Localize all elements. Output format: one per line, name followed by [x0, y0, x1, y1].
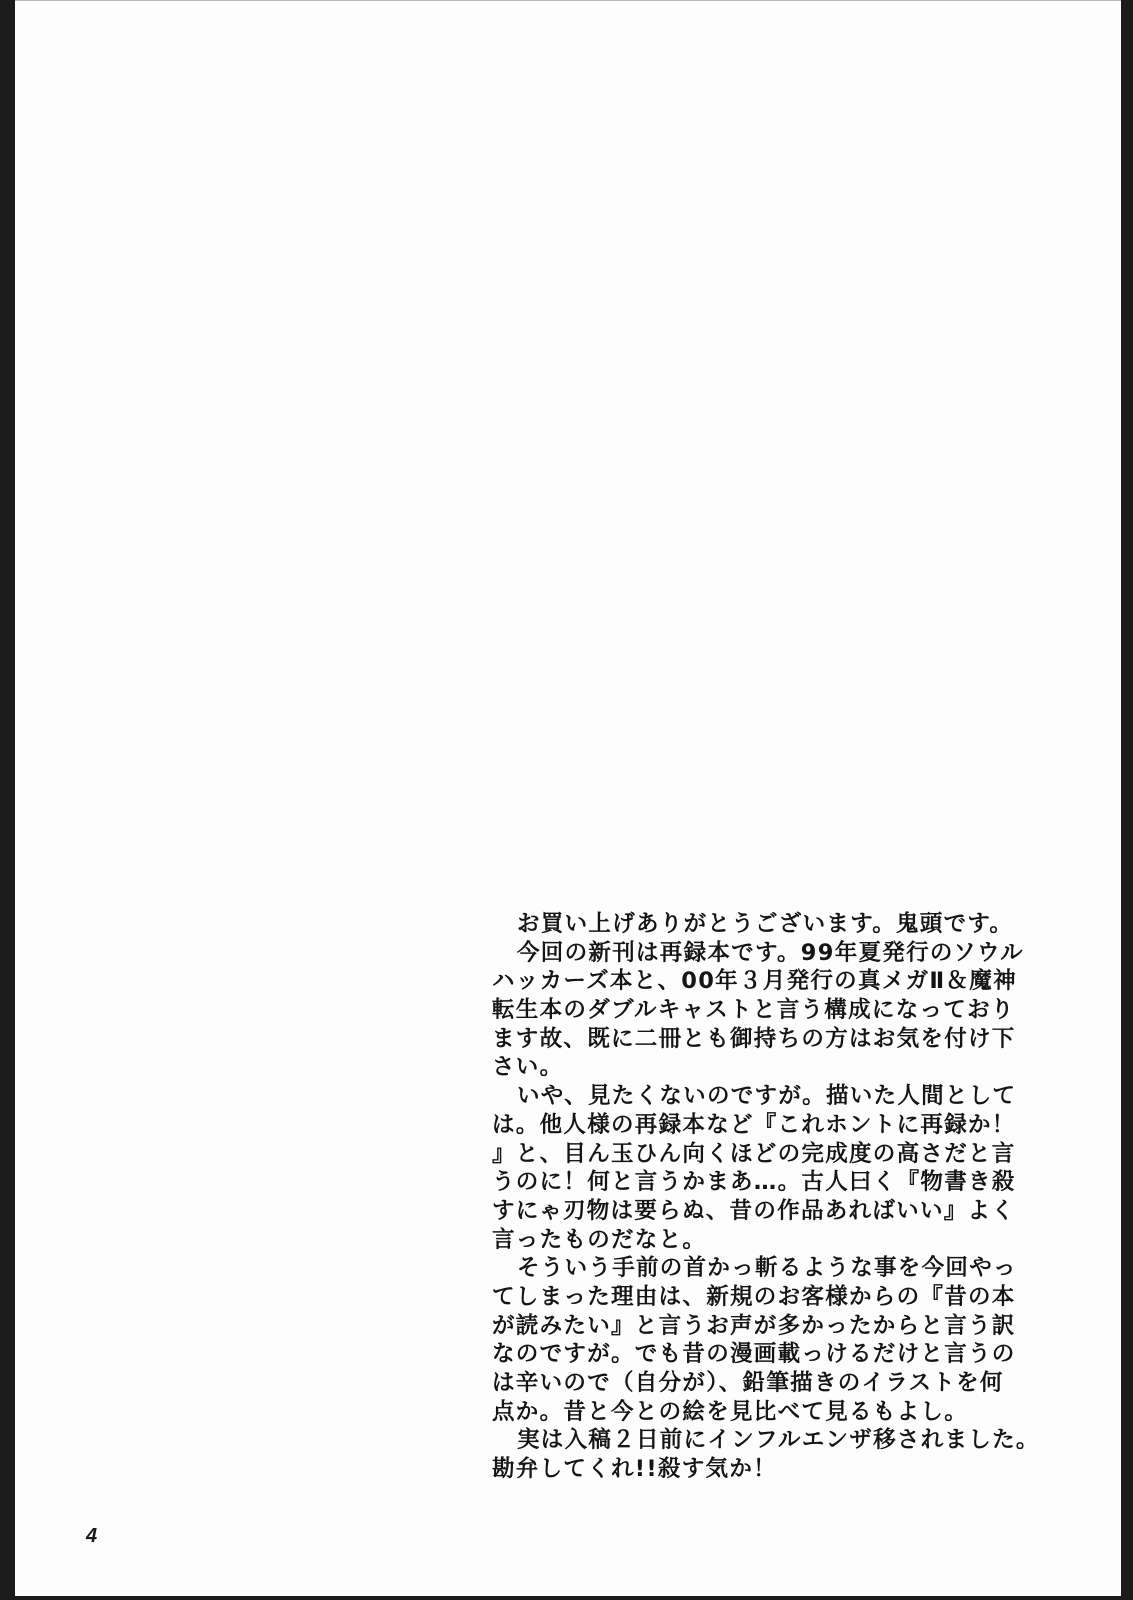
text-line: お買い上げありがとうございます。鬼頭です。 — [492, 910, 1012, 939]
text-line: が読みたい』と言うお声が多かったからと言う訳 — [492, 1312, 1012, 1341]
text-line: ハッカーズ本と、00年３月発行の真メガⅡ＆魔神 — [492, 967, 1012, 996]
text-line: そういう手前の首かっ斬るような事を今回やっ — [492, 1254, 1012, 1283]
text-line: 勘弁してくれ!!殺す気か！ — [492, 1455, 1012, 1484]
afterword-text-block: お買い上げありがとうございます。鬼頭です。 今回の新刊は再録本です。99年夏発行… — [492, 910, 1012, 1484]
text-line: なのですが。でも昔の漫画載っけるだけと言うの — [492, 1340, 1012, 1369]
page-number: 4 — [86, 1525, 97, 1548]
text-line: さい。 — [492, 1053, 1012, 1082]
text-line: ます故、既に二冊とも御持ちの方はお気を付け下 — [492, 1025, 1012, 1054]
text-line: は。他人様の再録本など『これホントに再録か！ — [492, 1111, 1012, 1140]
text-line: 点か。昔と今との絵を見比べて見るもよし。 — [492, 1398, 1012, 1427]
text-line: てしまった理由は、新規のお客様からの『昔の本 — [492, 1283, 1012, 1312]
text-line: 転生本のダブルキャストと言う構成になっており — [492, 996, 1012, 1025]
scanned-page: お買い上げありがとうございます。鬼頭です。 今回の新刊は再録本です。99年夏発行… — [0, 0, 1133, 1600]
text-line: 実は入稿２日前にインフルエンザ移されました。 — [492, 1426, 1012, 1455]
text-line: 』と、目ん玉ひん向くほどの完成度の高さだと言 — [492, 1140, 1012, 1169]
text-line: 今回の新刊は再録本です。99年夏発行のソウル — [492, 939, 1012, 968]
text-line: すにゃ刃物は要らぬ、昔の作品あればいい』よく — [492, 1197, 1012, 1226]
text-line: 言ったものだなと。 — [492, 1226, 1012, 1255]
text-line: いや、見たくないのですが。描いた人間として — [492, 1082, 1012, 1111]
text-line: うのに！何と言うかまあ…。古人曰く『物書き殺 — [492, 1168, 1012, 1197]
text-line: は辛いので（自分が）、鉛筆描きのイラストを何 — [492, 1369, 1012, 1398]
